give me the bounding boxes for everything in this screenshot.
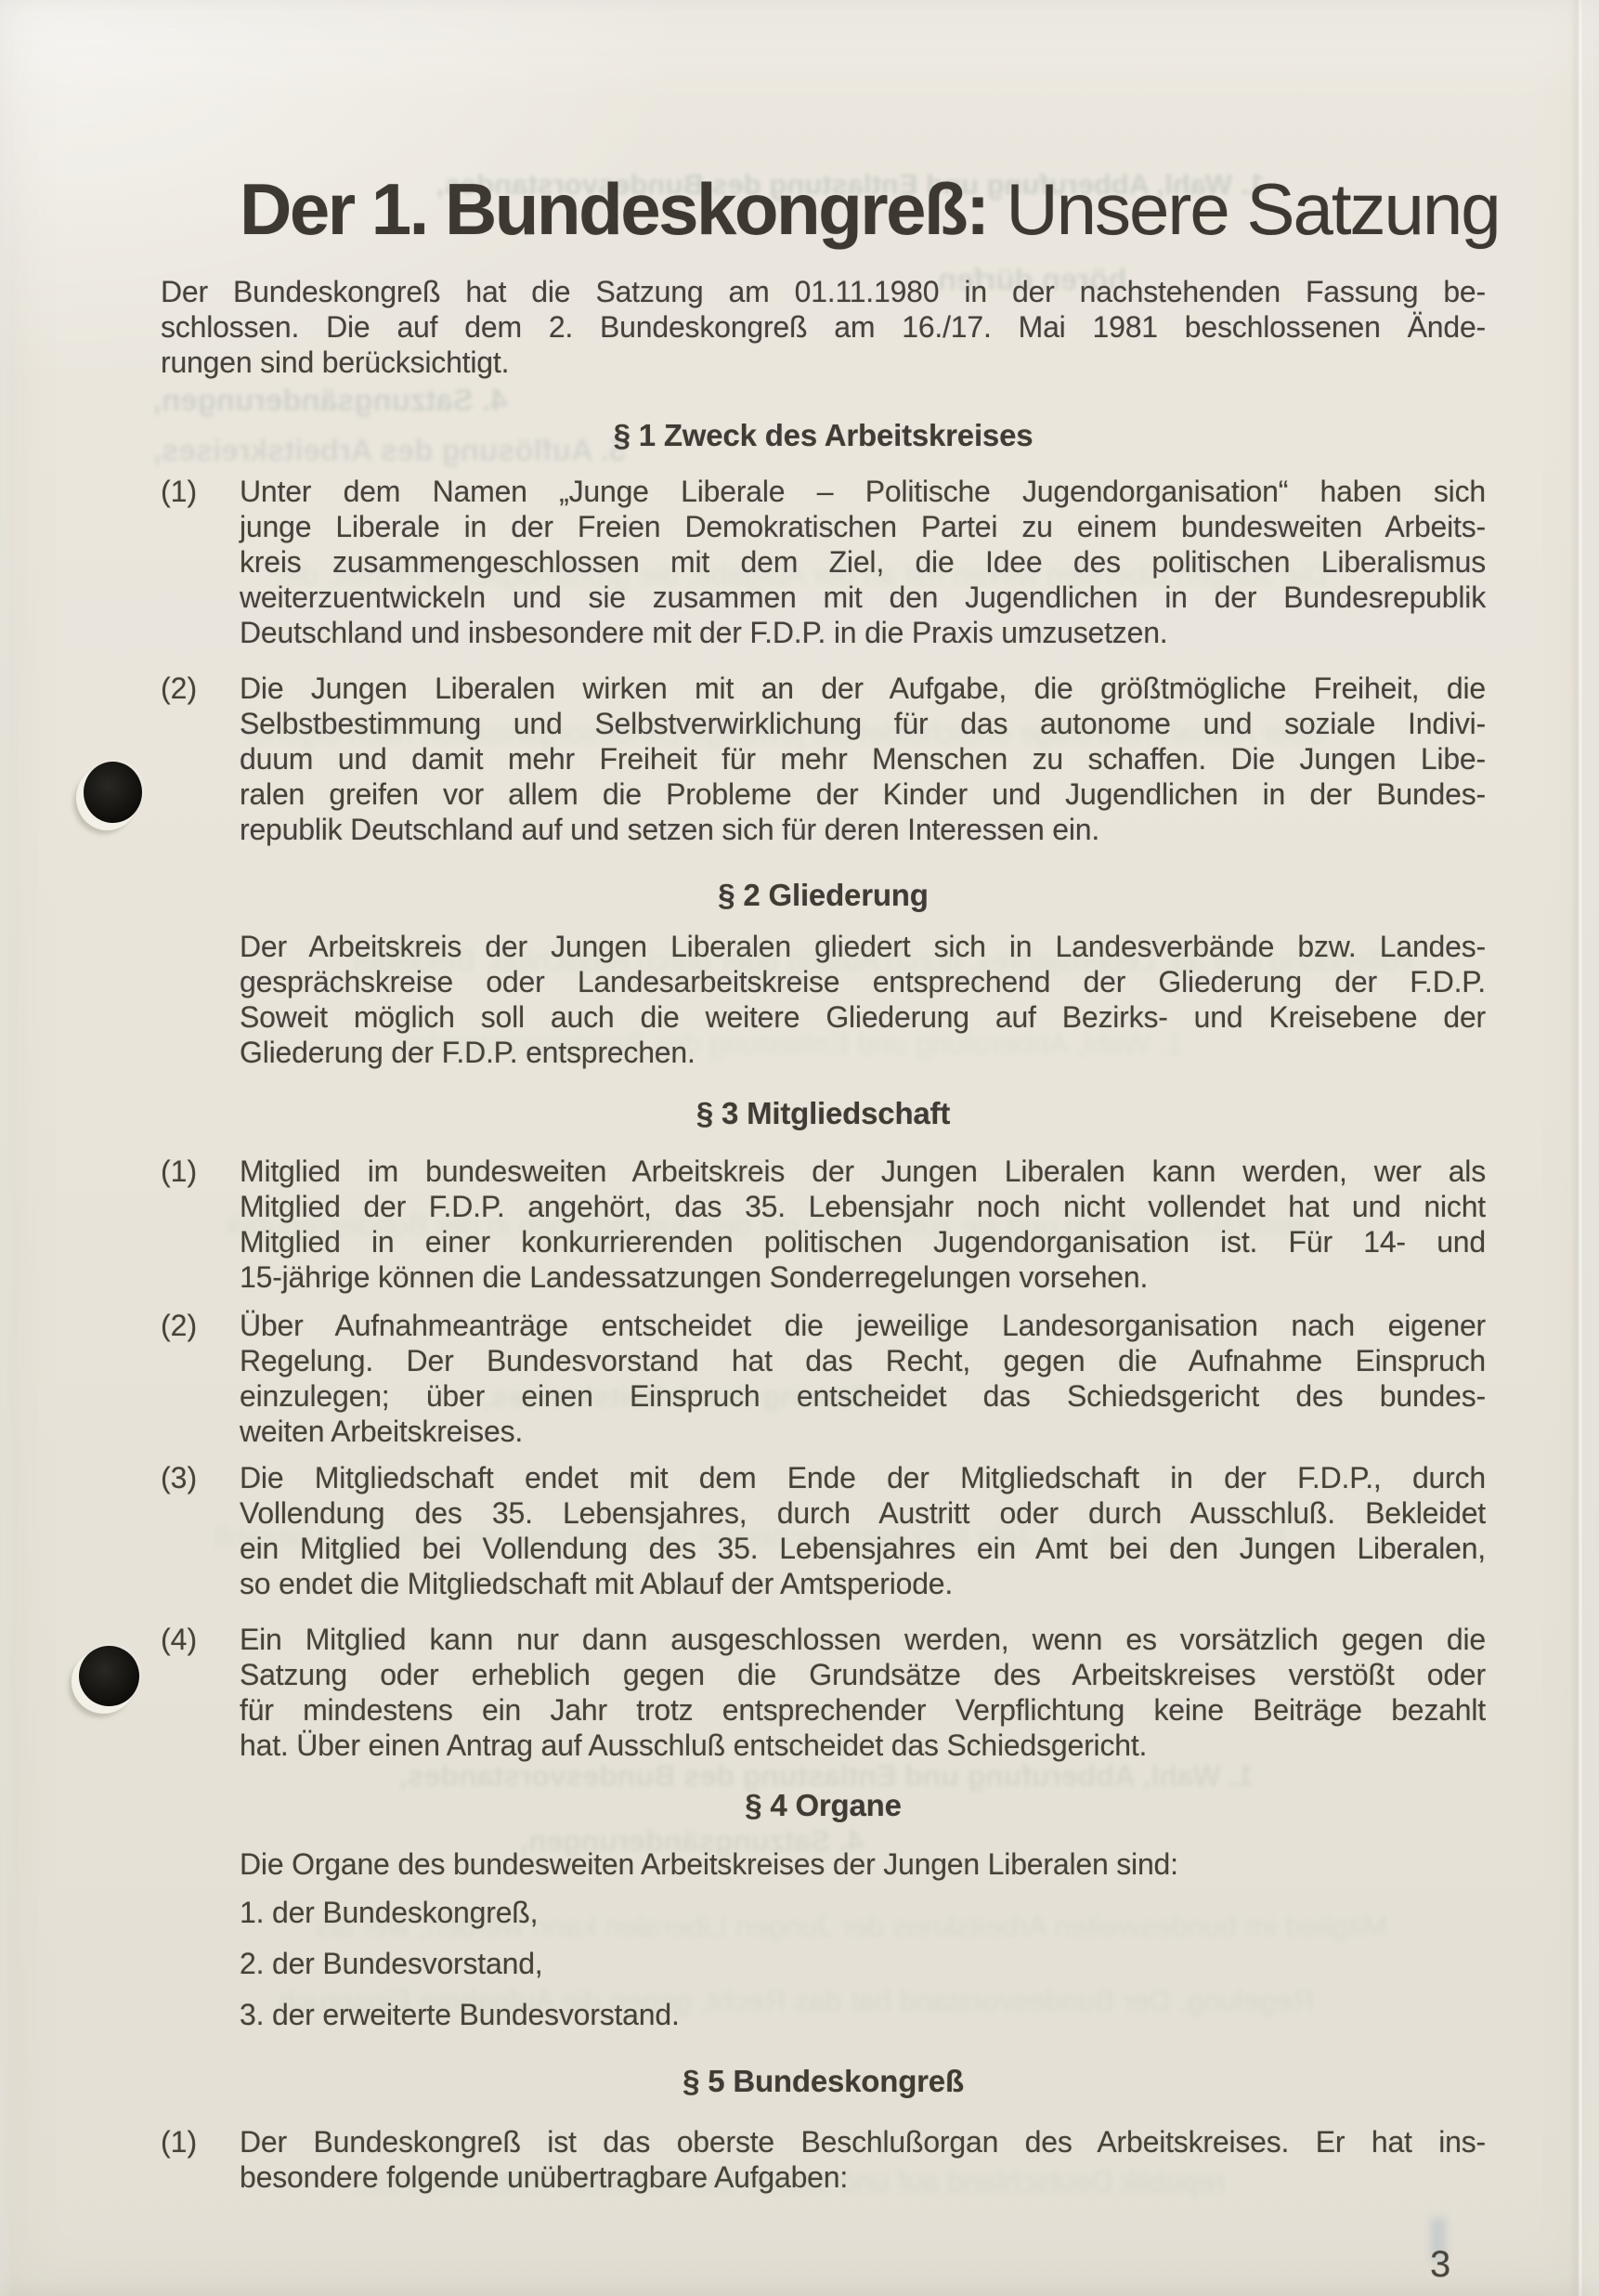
paragraph-s1-1: (1) Unter dem Namen „Junge Liberale – Po… [161, 474, 1486, 650]
paragraph-s3-2: (2) Über Aufnahmeanträge entscheidet die… [161, 1308, 1486, 1449]
paragraph-s2: Der Arbeitskreis der Jungen Liberalen gl… [240, 929, 1486, 1070]
text-line: Selbstbestimmung und Selbstverwirklichun… [240, 706, 1486, 741]
text-line: Regelung. Der Bundesvorstand hat das Rec… [240, 1343, 1486, 1378]
paragraph-s3-1: (1) Mitglied im bundesweiten Arbeitskrei… [161, 1154, 1486, 1295]
organ-lead-text: Die Organe des bundesweiten Arbeitskreis… [240, 1846, 1486, 1882]
text-line: Soweit möglich soll auch die weitere Gli… [240, 999, 1486, 1035]
text-line: Der Arbeitskreis der Jungen Liberalen gl… [240, 929, 1486, 964]
text-line: Die Jungen Liberalen wirken mit an der A… [240, 671, 1486, 706]
scanned-document-page: 1. Wahl, Abberufung und Entlastung des B… [0, 0, 1599, 2296]
text-line: Der Bundeskongreß ist das oberste Beschl… [240, 2124, 1486, 2159]
paragraph-number: (4) [161, 1622, 197, 1657]
punch-hole-bottom [79, 1646, 139, 1706]
page-title-regular: Unsere Satzung [988, 168, 1500, 250]
text-line: ralen greifen vor allem die Probleme der… [240, 776, 1486, 812]
paragraph-number: (2) [161, 1308, 197, 1343]
text-line: Satzung oder erheblich gegen die Grundsä… [240, 1657, 1486, 1692]
text-line: kreis zusammengeschlossen mit dem Ziel, … [240, 544, 1486, 580]
paragraph-number: (1) [161, 474, 197, 509]
text-line: Die Mitgliedschaft endet mit dem Ende de… [240, 1460, 1486, 1495]
organ-list: 1. der Bundeskongreß, 2. der Bundesvorst… [240, 1895, 1486, 2032]
list-item: 2. der Bundesvorstand, [240, 1946, 1486, 1981]
text-line: weiterzuentwickeln und sie zusammen mit … [240, 580, 1486, 615]
text-line: 15-jährige können die Landessatzungen So… [240, 1259, 1486, 1295]
list-item: 1. der Bundeskongreß, [240, 1895, 1486, 1930]
paragraph-text: Die Jungen Liberalen wirken mit an der A… [240, 671, 1486, 847]
text-line: ein Mitglied bei Vollendung des 35. Lebe… [240, 1531, 1486, 1566]
section-heading-3: § 3 Mitgliedschaft [161, 1096, 1486, 1131]
page-title: Der 1. Bundeskongreß: Unsere Satzung [240, 167, 1486, 251]
text-line: schlossen. Die auf dem 2. Bundeskongreß … [161, 309, 1486, 345]
text-line: besondere folgende unübertragbare Aufgab… [240, 2159, 1486, 2195]
paragraph-number: (1) [161, 2124, 197, 2159]
document-content: Der 1. Bundeskongreß: Unsere Satzung Der… [0, 0, 1599, 2195]
text-line: Unter dem Namen „Junge Liberale – Politi… [240, 474, 1486, 509]
paragraph-s5-1: (1) Der Bundeskongreß ist das oberste Be… [161, 2124, 1486, 2195]
text-line: für mindestens ein Jahr trotz entspreche… [240, 1692, 1486, 1728]
paragraph-number: (3) [161, 1460, 197, 1495]
text-line: Mitglied in einer konkurrierenden politi… [240, 1224, 1486, 1259]
text-line: Deutschland und insbesondere mit der F.D… [240, 615, 1486, 650]
paragraph-text: Die Mitgliedschaft endet mit dem Ende de… [240, 1460, 1486, 1601]
page-number: 3 [1430, 2246, 1450, 2283]
text-line: so endet die Mitgliedschaft mit Ablauf d… [240, 1566, 1486, 1601]
text-line: Mitglied der F.D.P. angehört, das 35. Le… [240, 1189, 1486, 1224]
text-line: junge Liberale in der Freien Demokratisc… [240, 509, 1486, 544]
text-line: Ein Mitglied kann nur dann ausgeschlosse… [240, 1622, 1486, 1657]
paragraph-text: Unter dem Namen „Junge Liberale – Politi… [240, 474, 1486, 650]
text-line: Vollendung des 35. Lebensjahres, durch A… [240, 1495, 1486, 1531]
section-heading-1: § 1 Zweck des Arbeitskreises [161, 418, 1486, 453]
text-line: weiten Arbeitskreises. [240, 1414, 1486, 1449]
text-line: gesprächskreise oder Landesarbeitskreise… [240, 964, 1486, 999]
text-line: Über Aufnahmeanträge entscheidet die jew… [240, 1308, 1486, 1343]
paragraph-s3-3: (3) Die Mitgliedschaft endet mit dem End… [161, 1460, 1486, 1601]
text-line: hat. Über einen Antrag auf Ausschluß ent… [240, 1728, 1486, 1763]
paragraph-text: Über Aufnahmeanträge entscheidet die jew… [240, 1308, 1486, 1449]
intro-paragraph: Der Bundeskongreß hat die Satzung am 01.… [161, 274, 1486, 380]
paragraph-text: Mitglied im bundesweiten Arbeitskreis de… [240, 1154, 1486, 1295]
text-line: republik Deutschland auf und setzen sich… [240, 812, 1486, 847]
paragraph-s1-2: (2) Die Jungen Liberalen wirken mit an d… [161, 671, 1486, 847]
paragraph-number: (1) [161, 1154, 197, 1189]
paragraph-text: Der Bundeskongreß ist das oberste Beschl… [240, 2124, 1486, 2195]
section-heading-2: § 2 Gliederung [161, 878, 1486, 913]
text-line: Gliederung der F.D.P. entsprechen. [240, 1035, 1486, 1070]
section-heading-5: § 5 Bundeskongreß [161, 2064, 1486, 2099]
punch-hole-top [84, 762, 142, 823]
paragraph-number: (2) [161, 671, 197, 706]
text-line: duum und damit mehr Freiheit für mehr Me… [240, 741, 1486, 776]
text-line: Der Bundeskongreß hat die Satzung am 01.… [161, 274, 1486, 309]
paragraph-text: Ein Mitglied kann nur dann ausgeschlosse… [240, 1622, 1486, 1763]
list-item: 3. der erweiterte Bundesvorstand. [240, 1997, 1486, 2032]
page-title-bold: Der 1. Bundeskongreß: [240, 168, 988, 250]
text-line: Mitglied im bundesweiten Arbeitskreis de… [240, 1154, 1486, 1189]
section-heading-4: § 4 Organe [161, 1788, 1486, 1823]
text-line: rungen sind berücksichtigt. [161, 345, 1486, 380]
paragraph-s3-4: (4) Ein Mitglied kann nur dann ausgeschl… [161, 1622, 1486, 1763]
text-line: einzulegen; über einen Einspruch entsche… [240, 1378, 1486, 1414]
